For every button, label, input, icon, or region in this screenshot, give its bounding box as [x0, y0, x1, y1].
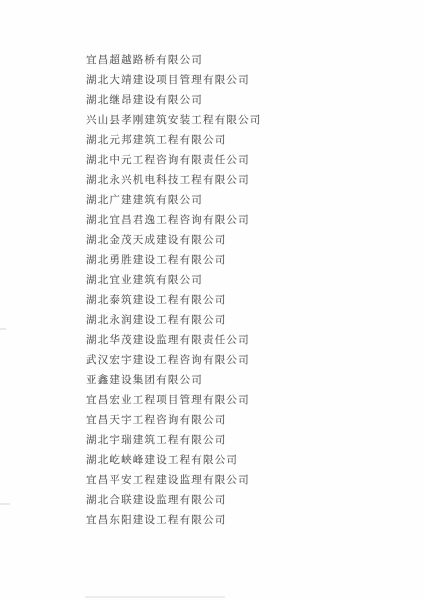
- company-name: 宜昌东阳建设工程有限公司: [86, 511, 262, 531]
- company-name: 湖北宜业建筑有限公司: [86, 271, 262, 291]
- company-name: 湖北宜昌君逸工程咨询有限公司: [86, 211, 262, 231]
- company-name: 湖北屹峡峰建设工程有限公司: [86, 451, 262, 471]
- company-name: 湖北永兴机电科技工程有限公司: [86, 171, 262, 191]
- company-name: 兴山县孝刚建筑安装工程有限公司: [86, 111, 262, 131]
- company-name: 湖北泰筑建设工程有限公司: [86, 291, 262, 311]
- company-name: 宜昌平安工程建设监理有限公司: [86, 471, 262, 491]
- company-name: 湖北广建建筑有限公司: [86, 191, 262, 211]
- scan-artifact: [0, 503, 10, 505]
- company-name: 武汉宏宇建设工程咨询有限公司: [86, 351, 262, 371]
- company-name: 宜昌超越路桥有限公司: [86, 51, 262, 71]
- company-list: 宜昌超越路桥有限公司湖北大靖建设项目管理有限公司湖北继昂建设有限公司兴山县孝刚建…: [86, 51, 262, 531]
- company-name: 宜昌天宇工程咨询有限公司: [86, 411, 262, 431]
- company-name: 湖北勇胜建设工程有限公司: [86, 251, 262, 271]
- company-name: 湖北华茂建设监理有限责任公司: [86, 331, 262, 351]
- company-name: 湖北大靖建设项目管理有限公司: [86, 71, 262, 91]
- company-name: 湖北元邦建筑工程有限公司: [86, 131, 262, 151]
- company-name: 湖北永润建设工程有限公司: [86, 311, 262, 331]
- document-page: 宜昌超越路桥有限公司湖北大靖建设项目管理有限公司湖北继昂建设有限公司兴山县孝刚建…: [0, 0, 424, 600]
- company-name: 湖北中元工程咨询有限责任公司: [86, 151, 262, 171]
- company-name: 宜昌宏业工程项目管理有限公司: [86, 391, 262, 411]
- company-name: 湖北合联建设监理有限公司: [86, 491, 262, 511]
- company-name: 湖北金茂天成建设有限公司: [86, 231, 262, 251]
- company-name: 亚鑫建设集团有限公司: [86, 371, 262, 391]
- scan-artifact: [0, 328, 6, 330]
- company-name: 湖北宇瑞建筑工程有限公司: [86, 431, 262, 451]
- scan-artifact: [85, 596, 225, 598]
- company-name: 湖北继昂建设有限公司: [86, 91, 262, 111]
